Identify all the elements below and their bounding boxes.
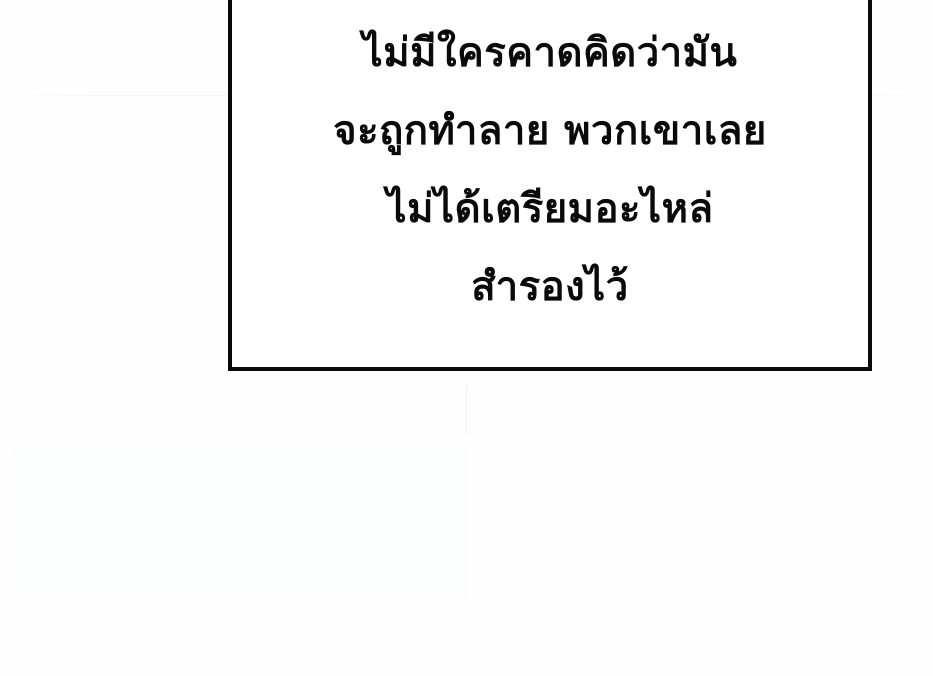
caption-line-4: สำรองไว้ [232,248,868,326]
faint-panel-area [12,450,467,600]
comic-page: ไม่มีใครคาดคิดว่ามัน จะถูกทำลาย พวกเขาเล… [0,0,933,676]
caption-line-2: จะถูกทำลาย พวกเขาเลย [232,92,868,170]
caption-line-3: ไม่ได้เตรียมอะไหล่ [232,170,868,248]
scan-artifact-vertical [466,385,467,435]
narration-caption-box: ไม่มีใครคาดคิดว่ามัน จะถูกทำลาย พวกเขาเล… [228,0,872,371]
caption-line-1: ไม่มีใครคาดคิดว่ามัน [232,14,868,92]
narration-text: ไม่มีใครคาดคิดว่ามัน จะถูกทำลาย พวกเขาเล… [232,14,868,326]
